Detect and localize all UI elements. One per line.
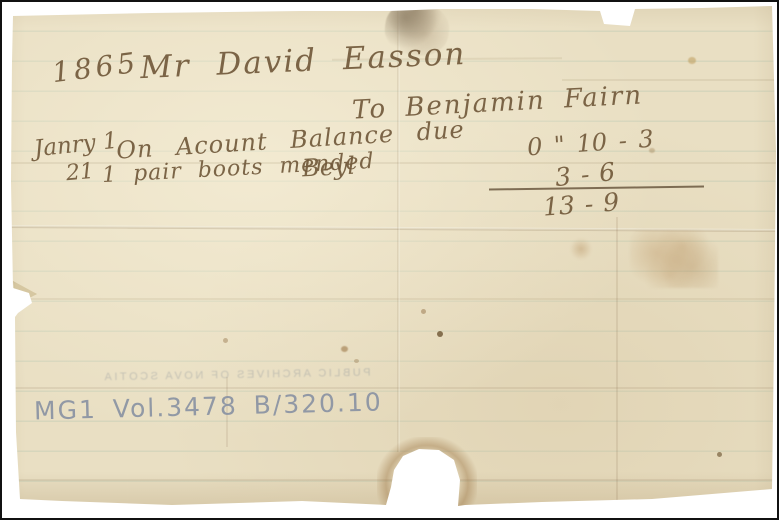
ink-speck-7 bbox=[354, 359, 359, 363]
ink-speck-1 bbox=[437, 331, 443, 337]
ink-speck-5 bbox=[688, 57, 696, 64]
foxing-cluster-right bbox=[630, 230, 718, 288]
fold-crease-horizontal-4 bbox=[2, 387, 779, 389]
hole-torn-edge-shading bbox=[377, 437, 477, 520]
entry2-name: Beyl bbox=[301, 154, 355, 181]
ink-speck-6 bbox=[223, 338, 228, 343]
entry2-amount: 3 - 6 bbox=[554, 159, 616, 190]
scanned-document-frame: PUBLIC ARCHIVES OF NOVA SCOTIA 1865 Mr D… bbox=[0, 0, 779, 520]
entry1-date: Janry 1 bbox=[33, 130, 119, 162]
ink-speck-3 bbox=[421, 309, 426, 314]
entry2-date: 21 bbox=[65, 161, 95, 185]
fold-crease-vertical-2 bbox=[616, 217, 618, 517]
receipt-debtor-name: Mr David Easson bbox=[139, 39, 466, 84]
fold-crease-horizontal-7 bbox=[562, 79, 779, 81]
fold-crease-horizontal-3 bbox=[2, 298, 779, 300]
foxing-spot-1 bbox=[568, 238, 594, 260]
receipt-total: 13 - 9 bbox=[542, 189, 620, 219]
archive-stamp-mirrored: PUBLIC ARCHIVES OF NOVA SCOTIA bbox=[102, 367, 371, 384]
entry1-amount: 0 " 10 - 3 bbox=[526, 127, 654, 160]
fold-crease-horizontal-5 bbox=[2, 479, 779, 481]
receipt-paper: PUBLIC ARCHIVES OF NOVA SCOTIA 1865 Mr D… bbox=[2, 2, 777, 518]
receipt-creditor-name: To Benjamin Fairn bbox=[352, 82, 644, 123]
receipt-year: 1865 bbox=[51, 49, 141, 87]
archival-reference-number: MG1 Vol.3478 B/320.10 bbox=[34, 389, 383, 423]
ink-speck-2 bbox=[341, 346, 348, 352]
ink-speck-4 bbox=[717, 452, 722, 457]
folded-corner-flap bbox=[11, 279, 39, 307]
fold-crease-horizontal-main bbox=[2, 225, 779, 232]
